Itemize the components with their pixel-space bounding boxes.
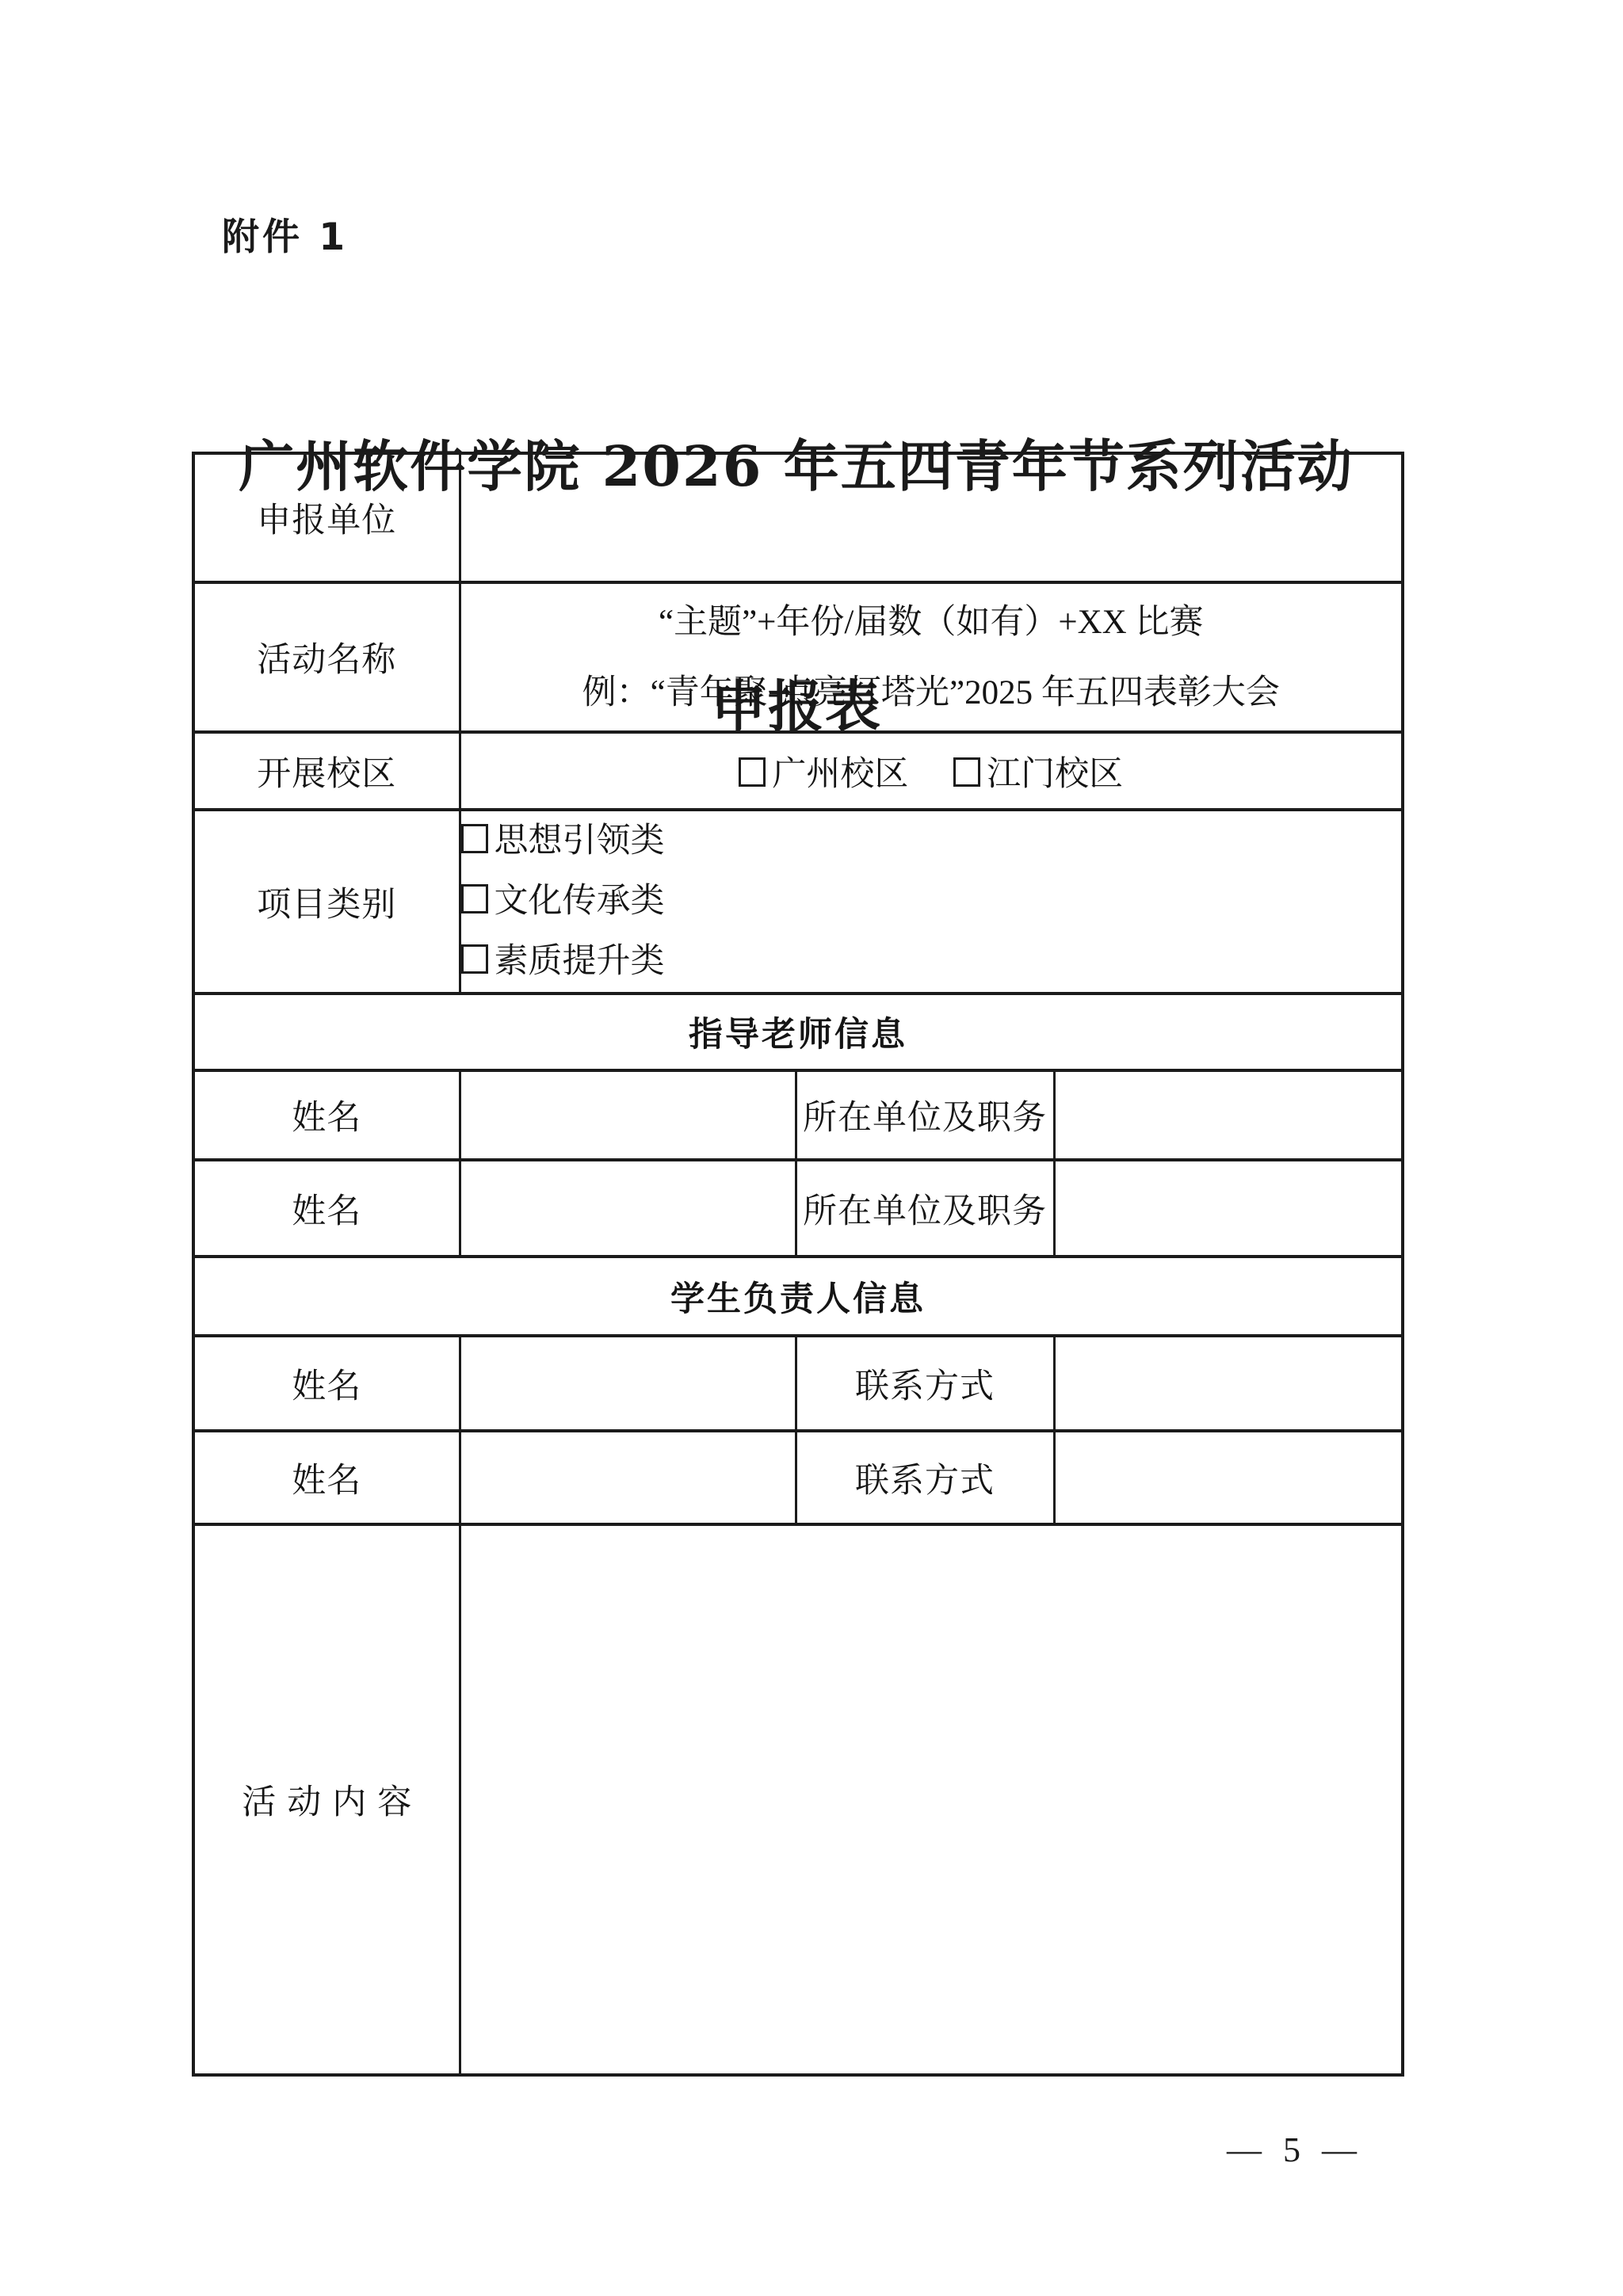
- student-2-contact-label: 联系方式: [796, 1431, 1054, 1524]
- student-1-name-input-cell: [460, 1336, 796, 1431]
- campus-option-jiangmen-label: 江门校区: [987, 756, 1123, 793]
- advisor-2-name-label: 姓名: [193, 1160, 460, 1257]
- student-row-1: 姓名 联系方式: [193, 1336, 1403, 1431]
- advisor-2-name-input-cell: [460, 1160, 796, 1257]
- advisor-section-header: 指导老师信息: [193, 994, 1403, 1070]
- project-category-label: 项目类别: [193, 810, 460, 994]
- campus-option-guangzhou-label: 广州校区: [772, 756, 908, 793]
- declaring-unit-row: 申报单位: [193, 453, 1403, 582]
- category-option-cultural: 文化传承类: [461, 871, 1402, 932]
- activity-name-hint-line2: 例：“青年聚-点亮灯塔光”2025 年五四表彰大会: [461, 658, 1402, 728]
- category-option-quality: 素质提升类: [461, 932, 1402, 992]
- activity-content-label: 活动内容: [193, 1524, 460, 2075]
- advisor-1-org-input-cell: [1054, 1070, 1403, 1160]
- activity-content-row: 活动内容: [193, 1524, 1403, 2075]
- advisor-section-header-row: 指导老师信息: [193, 994, 1403, 1070]
- application-form-table: 申报单位 活动名称 “主题”+年份/届数（如有）+XX 比赛 例：“青年聚-点亮…: [192, 452, 1404, 2077]
- activity-content-input-cell: [460, 1524, 1403, 2075]
- student-2-name-input-cell: [460, 1431, 796, 1524]
- category-option-ideological-label: 思想引领类: [495, 822, 665, 860]
- checkbox-icon: [953, 757, 980, 787]
- student-section-header-row: 学生负责人信息: [193, 1257, 1403, 1336]
- checkbox-icon: [461, 824, 488, 853]
- document-page: 附件 1 广州软件学院 2026 年五四青年节系列活动 申报表 申报单位 活动名…: [0, 0, 1623, 2296]
- campus-label: 开展校区: [193, 732, 460, 810]
- student-2-name-label: 姓名: [193, 1431, 460, 1524]
- attachment-label: 附件 1: [222, 208, 348, 261]
- advisor-row-1: 姓名 所在单位及职务: [193, 1070, 1403, 1160]
- advisor-1-name-label: 姓名: [193, 1070, 460, 1160]
- advisor-2-org-label: 所在单位及职务: [796, 1160, 1054, 1257]
- activity-name-row: 活动名称 “主题”+年份/届数（如有）+XX 比赛 例：“青年聚-点亮灯塔光”2…: [193, 582, 1403, 732]
- campus-option-guangzhou: 广州校区: [739, 756, 908, 793]
- advisor-1-name-input-cell: [460, 1070, 796, 1160]
- student-1-contact-label: 联系方式: [796, 1336, 1054, 1431]
- activity-name-input-cell: “主题”+年份/届数（如有）+XX 比赛 例：“青年聚-点亮灯塔光”2025 年…: [460, 582, 1403, 732]
- campus-options-cell: 广州校区 江门校区: [460, 732, 1403, 810]
- checkbox-icon: [739, 757, 766, 787]
- category-option-cultural-label: 文化传承类: [495, 883, 665, 920]
- project-category-options-cell: 思想引领类 文化传承类 素质提升类: [460, 810, 1403, 994]
- student-row-2: 姓名 联系方式: [193, 1431, 1403, 1524]
- page-number: — 5 —: [1227, 2130, 1363, 2170]
- checkbox-icon: [461, 884, 488, 913]
- category-option-quality-label: 素质提升类: [495, 943, 665, 980]
- student-1-name-label: 姓名: [193, 1336, 460, 1431]
- declaring-unit-input-cell: [460, 453, 1403, 582]
- activity-name-label: 活动名称: [193, 582, 460, 732]
- activity-name-hint-line1: “主题”+年份/届数（如有）+XX 比赛: [461, 587, 1402, 658]
- campus-row: 开展校区 广州校区 江门校区: [193, 732, 1403, 810]
- project-category-row: 项目类别 思想引领类 文化传承类 素质提升类: [193, 810, 1403, 994]
- campus-option-jiangmen: 江门校区: [953, 756, 1123, 793]
- student-2-contact-input-cell: [1054, 1431, 1403, 1524]
- checkbox-icon: [461, 944, 488, 974]
- student-1-contact-input-cell: [1054, 1336, 1403, 1431]
- advisor-1-org-label: 所在单位及职务: [796, 1070, 1054, 1160]
- student-section-header: 学生负责人信息: [193, 1257, 1403, 1336]
- category-option-ideological: 思想引领类: [461, 811, 1402, 871]
- advisor-row-2: 姓名 所在单位及职务: [193, 1160, 1403, 1257]
- advisor-2-org-input-cell: [1054, 1160, 1403, 1257]
- declaring-unit-label: 申报单位: [193, 453, 460, 582]
